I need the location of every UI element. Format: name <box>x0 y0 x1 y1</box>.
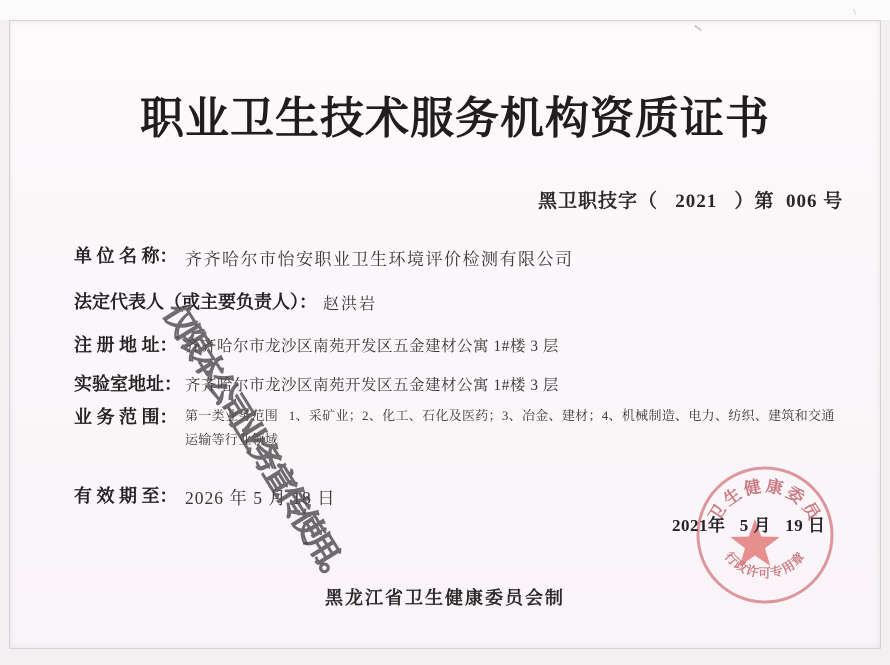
field-label-registered-address: 注 册 地 址： <box>74 331 178 357</box>
certificate-photo: 职业卫生技术服务机构资质证书 黑卫职技字（ 2021 ）第 006 号 单 位 … <box>0 0 890 665</box>
field-label-business-scope: 业 务 范 围： <box>74 403 178 429</box>
field-value-legal-representative: 赵洪岩 <box>323 291 377 314</box>
certificate-title: 职业卫生技术服务机构资质证书 <box>10 82 890 146</box>
field-label-valid-until: 有 效 期 至： <box>74 482 178 508</box>
field-label-unit-name: 单 位 名 称： <box>74 242 178 268</box>
field-value-registered-address: 齐齐哈尔市龙沙区南苑开发区五金建材公寓 1#楼 3 层 <box>185 334 559 356</box>
field-label-laboratory-address: 实验室地址： <box>74 370 182 396</box>
issue-date: 2021年 5 月 19 日 <box>672 511 826 536</box>
certificate-number: 黑卫职技字（ 2021 ）第 006 号 <box>538 186 843 213</box>
field-value-unit-name: 齐齐哈尔市怡安职业卫生环境评价检测有限公司 <box>185 245 574 270</box>
photo-top-strip <box>0 0 890 20</box>
